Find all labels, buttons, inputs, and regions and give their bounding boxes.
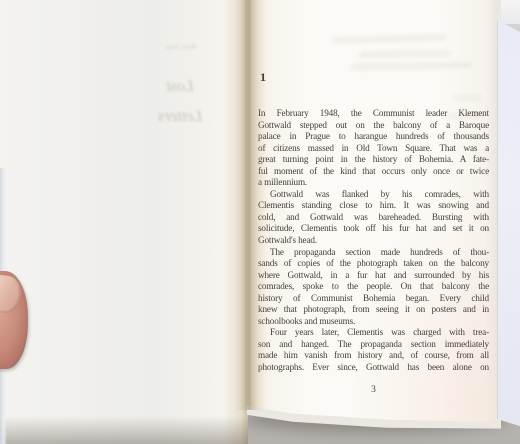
ghost-line: Lost [150,77,210,97]
text-line: The propaganda section made hundreds of … [258,247,489,259]
text-line: Gottwald stepped out on the balcony of a… [258,120,489,132]
text-line: solicitude, Clementis took off his fur h… [258,223,489,235]
text-line: cold, and Gottwald was bareheaded. Burst… [258,212,489,224]
text-line: knew that photograph, from seeing it on … [258,304,489,316]
page-bottom-shadow [0,416,248,444]
fore-edge-pages [497,20,520,428]
text-line: palace in Prague to harangue hundreds of… [258,131,489,143]
left-page: Part One Lost Letters [0,0,248,444]
ghost-text: Part One Lost Letters [150,44,210,137]
text-line: son and hanged. The propaganda section i… [258,339,489,351]
text-line: of citizens massed in Old Town Square. T… [258,143,489,155]
text-line: schoolbooks and museums. [258,316,489,328]
open-book-photo: Part One Lost Letters 1 In February 1948… [0,0,520,444]
text-line: a millennium. [258,177,489,189]
text-line: Clementis standing close to him. It was … [258,200,489,212]
text-line: Four years later, Clementis was charged … [258,327,489,339]
ghost-line: Part One [150,44,210,51]
show-through-mark [332,34,447,43]
text-line: where Gottwald, in a fur hat and surroun… [258,270,489,282]
page-number: 3 [258,385,489,395]
text-line: ful moment of the kind that occurs only … [258,166,489,178]
body-text: In February 1948, the Communist leader K… [258,108,489,374]
show-through-mark [350,62,472,70]
text-line: Gottwald was flanked by his comrades, wi… [258,189,489,201]
show-through-mark [452,95,482,101]
text-line: sands of copies of the photograph taken … [258,258,489,270]
show-through-mark [359,50,451,58]
text-line: great turning point in the history of Bo… [258,154,489,166]
text-line: In February 1948, the Communist leader K… [258,108,489,120]
chapter-number: 1 [260,70,266,85]
text-line: made him vanish from history and, of cou… [258,350,489,362]
text-line: Gottwald's head. [258,235,489,247]
text-line: comrades, spoke to the people. On that b… [258,281,489,293]
text-line: photographs. Ever since, Gottwald has be… [258,362,489,374]
right-page: 1 In February 1948, the Communist leader… [247,0,498,428]
ghost-line: Letters [150,107,210,127]
text-line: history of Communist Bohemia began. Ever… [258,293,489,305]
